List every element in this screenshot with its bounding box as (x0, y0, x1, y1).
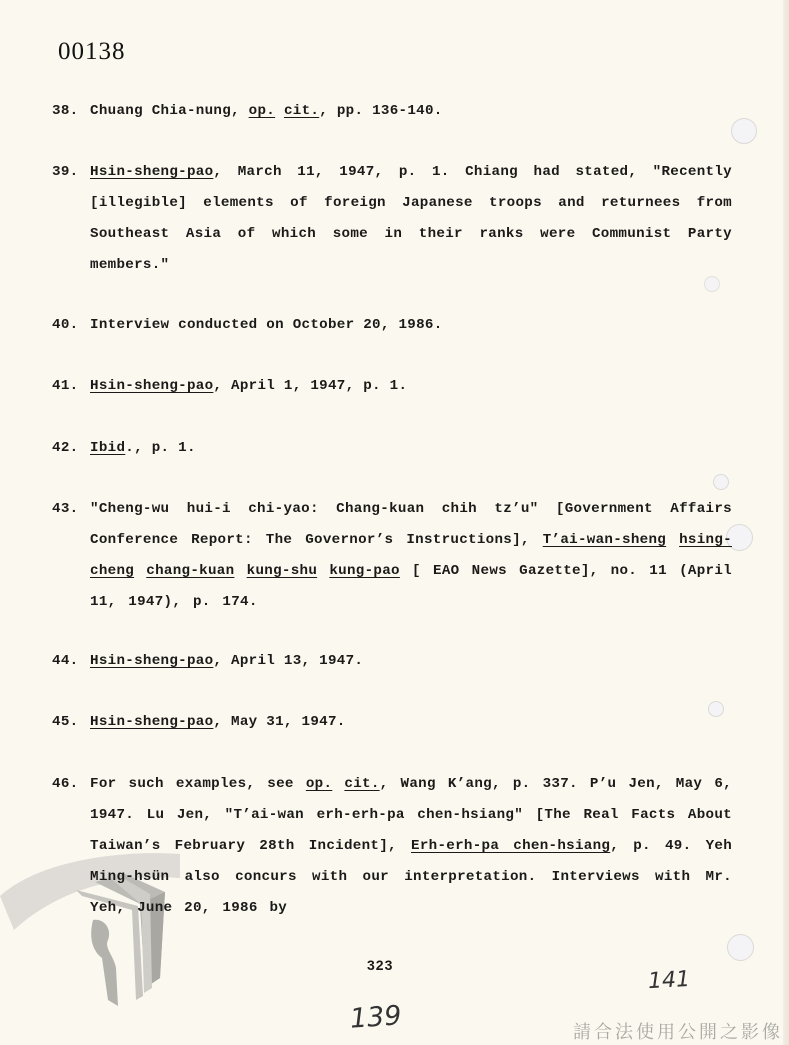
footnote-text: Hsin-sheng-pao, March 11, 1947, p. 1. Ch… (90, 157, 732, 281)
footnote-text-run: , April 1, 1947, p. 1. (213, 378, 407, 394)
footnote-number: 43. (52, 494, 78, 525)
footnote-text-run (275, 103, 284, 119)
footnote-text-run (234, 563, 246, 579)
footnote-number: 45. (52, 707, 78, 738)
underlined-title: Hsin-sheng-pao (90, 653, 213, 669)
usage-watermark-text: 請合法使用公開之影像 (573, 1018, 783, 1044)
footnote-42: 42. Ibid., p. 1. (52, 433, 732, 464)
footnote-text-run (332, 776, 344, 792)
footnote-text-run: Chuang Chia-nung, (90, 103, 249, 119)
page-number: 323 (367, 957, 393, 973)
footnote-number: 41. (52, 371, 78, 402)
footnote-text-run: , April 13, 1947. (213, 653, 363, 669)
footnote-number: 44. (52, 646, 78, 677)
underlined-title: op. (249, 103, 275, 119)
footnote-41: 41. Hsin-sheng-pao, April 1, 1947, p. 1. (52, 371, 732, 402)
footnote-45: 45. Hsin-sheng-pao, May 31, 1947. (52, 707, 732, 738)
footnote-text-run: , March 11, 1947, p. 1. Chiang had state… (90, 164, 732, 273)
underlined-title: op. (306, 776, 332, 792)
footnote-text-run (134, 563, 146, 579)
underlined-title: Hsin-sheng-pao (90, 714, 213, 730)
footnote-text: Interview conducted on October 20, 1986. (90, 310, 732, 341)
footnote-43: 43. "Cheng-wu hui-i chi-yao: Chang-kuan … (52, 494, 732, 618)
underlined-title: Hsin-sheng-pao (90, 378, 213, 394)
underlined-title: cit. (284, 103, 319, 119)
footnote-number: 42. (52, 433, 78, 464)
footnote-number: 38. (52, 96, 78, 127)
scanned-page: 00138 38. Chuang Chia-nung, op. cit., pp… (0, 0, 789, 1045)
footnote-text-run: , pp. 136-140. (319, 103, 442, 119)
document-id: 00138 (58, 38, 126, 66)
footnote-text-run: , May 31, 1947. (213, 714, 345, 730)
footnote-39: 39. Hsin-sheng-pao, March 11, 1947, p. 1… (52, 157, 732, 281)
underlined-title: Ibid (90, 440, 125, 456)
handwritten-mark: 139 (349, 1000, 403, 1035)
footnote-text-run (317, 563, 329, 579)
footnote-text: "Cheng-wu hui-i chi-yao: Chang-kuan chih… (90, 494, 732, 618)
footnote-text: Hsin-sheng-pao, May 31, 1947. (90, 707, 732, 738)
underlined-title: Hsin-sheng-pao (90, 164, 213, 180)
underlined-title: chang-kuan (146, 563, 234, 579)
footnote-46: 46. For such examples, see op. cit., Wan… (52, 769, 732, 924)
handwritten-mark: 141 (647, 967, 690, 994)
footnote-text: Hsin-sheng-pao, April 1, 1947, p. 1. (90, 371, 732, 402)
underlined-title: T’ai-wan-sheng (543, 532, 666, 548)
footnote-40: 40. Interview conducted on October 20, 1… (52, 310, 732, 341)
underlined-title: kung-pao (329, 563, 400, 579)
footnote-number: 40. (52, 310, 78, 341)
footnote-text-run: Interview conducted on October 20, 1986. (90, 317, 443, 333)
underlined-title: Erh-erh-pa chen-hsiang (411, 838, 610, 854)
binder-hole (731, 118, 757, 144)
footnote-text: Hsin-sheng-pao, April 13, 1947. (90, 646, 732, 677)
binder-hole (713, 474, 729, 490)
footnote-text: For such examples, see op. cit., Wang K’… (90, 769, 732, 924)
footnote-44: 44. Hsin-sheng-pao, April 13, 1947. (52, 646, 732, 677)
footnote-number: 39. (52, 157, 78, 188)
footnote-text-run: For such examples, see (90, 776, 306, 792)
binder-hole (727, 934, 754, 961)
footnote-text-run (666, 532, 679, 548)
footnote-text: Ibid., p. 1. (90, 433, 732, 464)
footnote-text-run: ., p. 1. (125, 440, 196, 456)
footnote-text: Chuang Chia-nung, op. cit., pp. 136-140. (90, 96, 732, 127)
underlined-title: cit. (344, 776, 379, 792)
footnote-38: 38. Chuang Chia-nung, op. cit., pp. 136-… (52, 96, 732, 127)
underlined-title: kung-shu (247, 563, 318, 579)
footnote-number: 46. (52, 769, 78, 800)
